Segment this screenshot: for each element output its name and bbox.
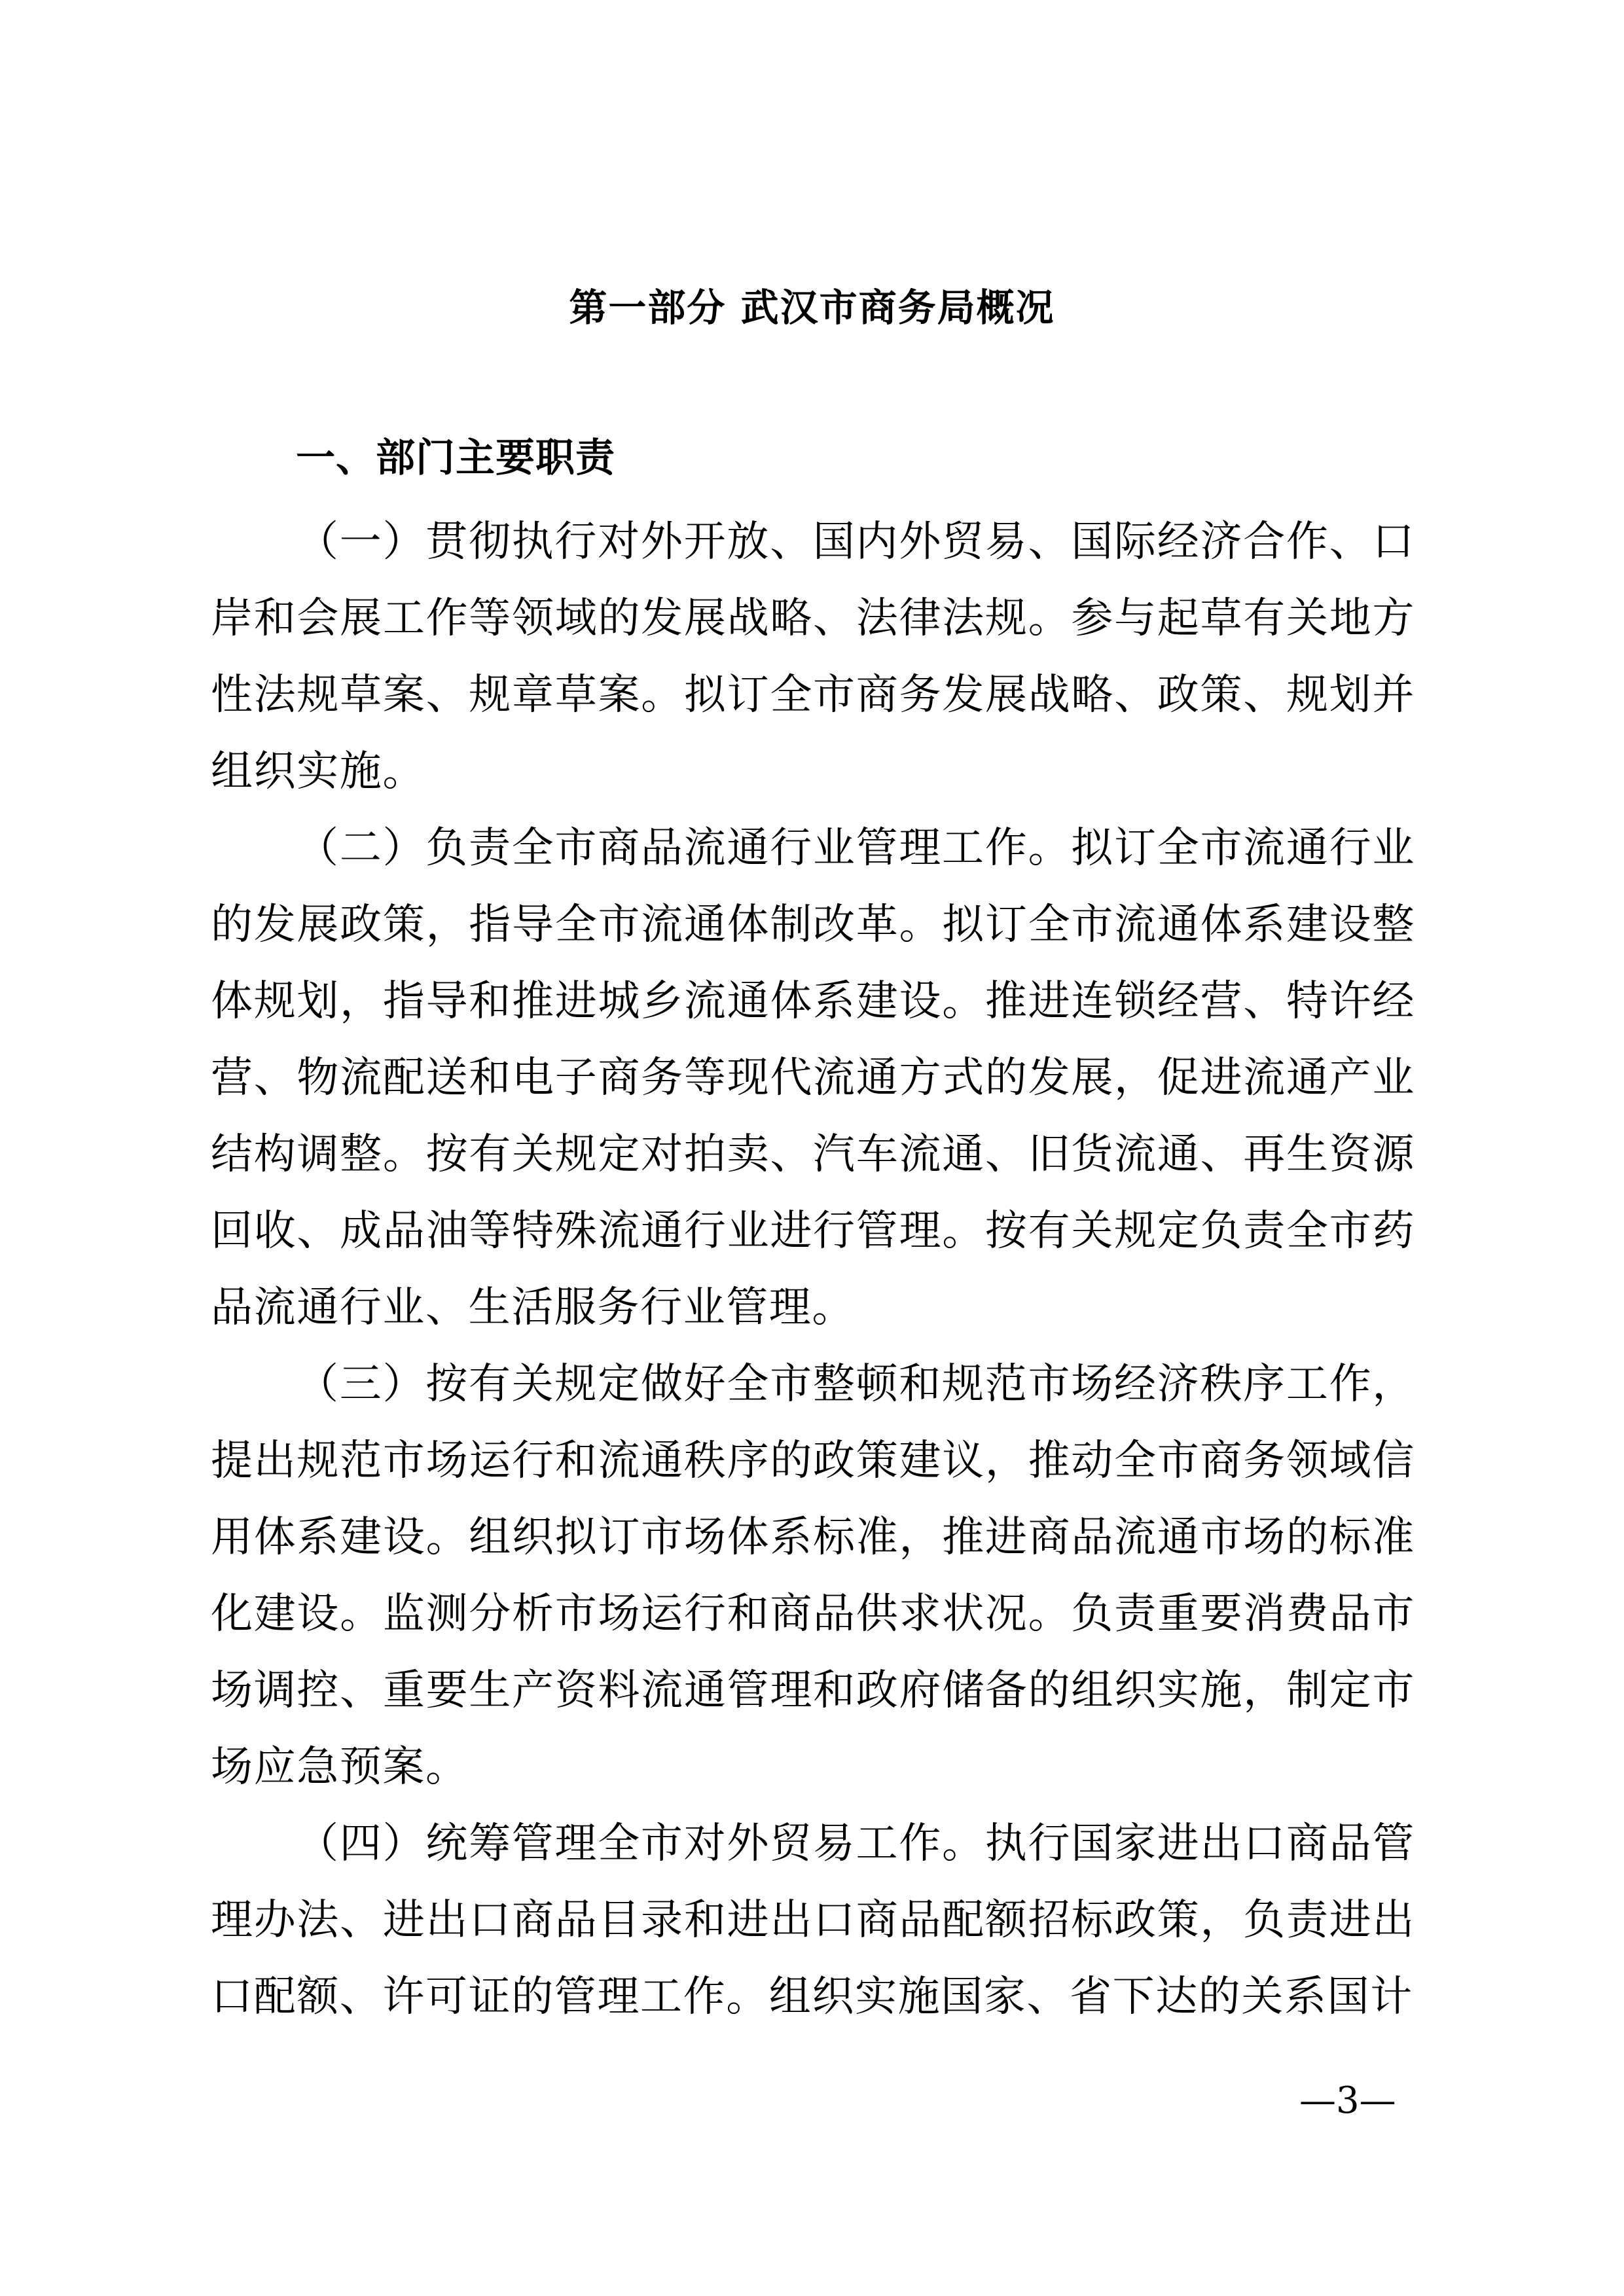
document-page: 第一部分 武汉市商务局概况 一、部门主要职责 （一）贯彻执行对外开放、国内外贸易… [0,0,1624,2296]
page-title: 第一部分 武汉市商务局概况 [0,281,1624,334]
paragraph-3: （三）按有关规定做好全市整顿和规范市场经济秩序工作，提出规范市场运行和流通秩序的… [211,1346,1415,1806]
body-text: （一）贯彻执行对外开放、国内外贸易、国际经济合作、口岸和会展工作等领域的发展战略… [211,504,1415,2036]
page-number: —3— [1299,2078,1396,2124]
paragraph-2: （二）负责全市商品流通行业管理工作。拟订全市流通行业的发展政策，指导全市流通体制… [211,810,1415,1346]
section-heading: 一、部门主要职责 [296,432,615,484]
paragraph-1: （一）贯彻执行对外开放、国内外贸易、国际经济合作、口岸和会展工作等领域的发展战略… [211,504,1415,810]
paragraph-4: （四）统筹管理全市对外贸易工作。执行国家进出口商品管理办法、进出口商品目录和进出… [211,1806,1415,2036]
